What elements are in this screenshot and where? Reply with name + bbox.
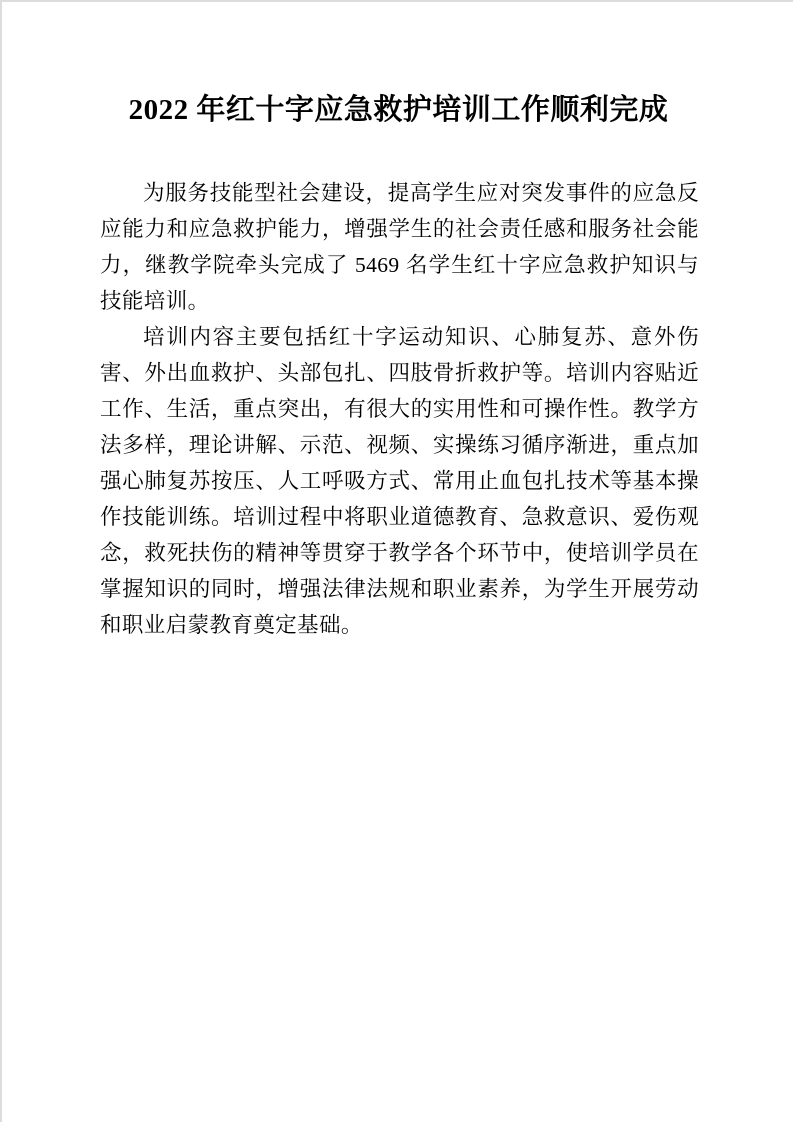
- document-title: 2022 年红十字应急救护培训工作顺利完成: [100, 92, 697, 128]
- document-page: 2022 年红十字应急救护培训工作顺利完成 为服务技能型社会建设，提高学生应对突…: [0, 0, 793, 1122]
- document-body: 为服务技能型社会建设，提高学生应对突发事件的应急反应能力和应急救护能力，增强学生…: [100, 175, 699, 643]
- body-paragraph-2: 培训内容主要包括红十字运动知识、心肺复苏、意外伤害、外出血救护、头部包扎、四肢骨…: [100, 319, 699, 643]
- body-paragraph-1: 为服务技能型社会建设，提高学生应对突发事件的应急反应能力和应急救护能力，增强学生…: [100, 175, 699, 319]
